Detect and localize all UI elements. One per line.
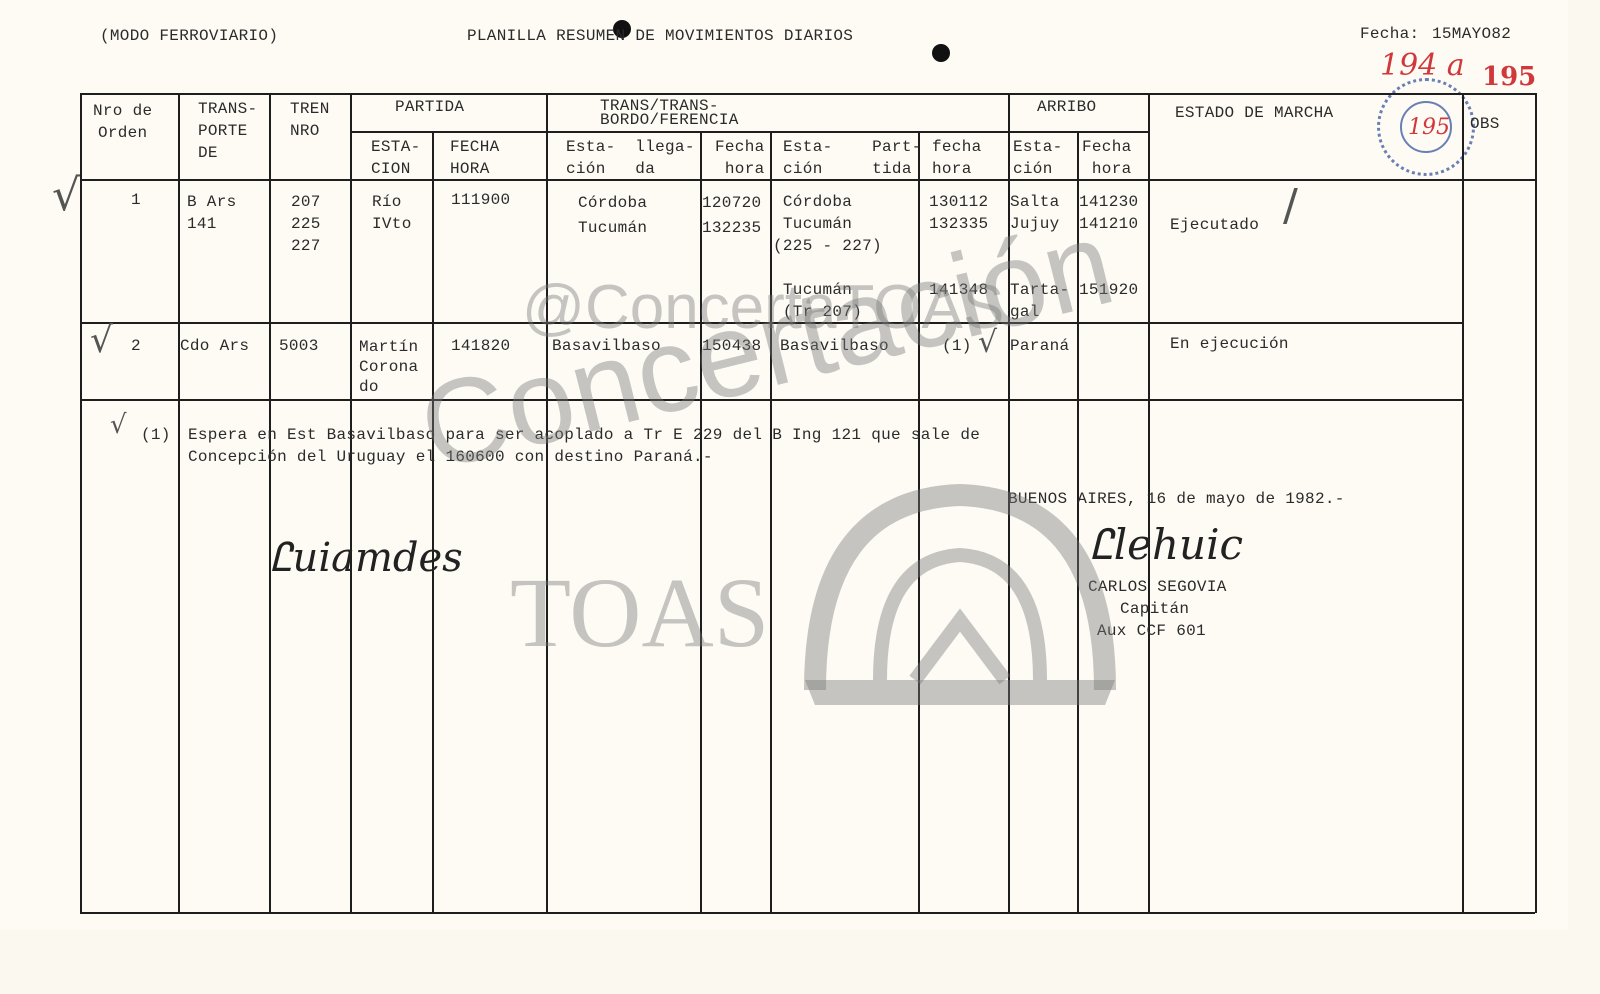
header-tren: TREN NRO [290,98,330,142]
stamp-number: 195 [1408,115,1450,140]
cell-estado: Ejecutado [1170,216,1259,234]
cell-tb-llegada: Córdoba Tucumán [578,191,647,241]
cell-nro: 1 [131,191,141,209]
row-divider [80,322,1463,324]
check-mark-icon: √ [978,325,997,360]
check-mark-icon: √ [52,170,80,221]
col-border [770,131,772,913]
cell-tb-partida: Córdoba Tucumán (225 - 227) Tucumán (Tr … [773,191,882,323]
mode-label: (MODO FERROVIARIO) [100,27,278,45]
check-mark-icon: √ [90,320,113,361]
col-border [178,93,180,913]
signature-left: Ꮭuiamdes [270,535,463,581]
cell-transporte: B Ars 141 [187,191,237,235]
header-tb-estacion-partida: Esta- Part- ción tida [783,136,922,180]
subheader-divider [350,131,1150,133]
col-border [546,93,548,913]
cell-arribo-estacion: Salta Jujuy Tarta- gal [1010,191,1069,323]
row-divider [80,399,1463,401]
col-border [700,131,702,913]
cell-tb-llegada: Basavilbaso [552,337,661,355]
check-mark-icon: √ [110,410,127,440]
cell-partida-fecha: 141820 [451,337,510,355]
cell-arribo-estacion: Paraná [1010,337,1069,355]
cell-partida-fecha: 111900 [451,191,510,209]
header-tb-fecha-1: Fecha hora [715,136,765,180]
cell-tb-fecha-1: 150438 [702,337,761,355]
header-arribo: ARRIBO [1037,98,1096,116]
col-border [1535,93,1537,913]
cell-arribo-fecha: 141230 141210 151920 [1079,191,1138,301]
cell-tren: 5003 [279,337,319,355]
col-border [269,93,271,913]
header-arribo-estacion: Esta- ción [1013,136,1063,180]
col-border [80,93,82,913]
check-mark-icon: / [1283,180,1298,231]
col-border [350,93,352,913]
header-transbordo: TRANS/TRANS- BORDO/FERENCIA [600,99,739,127]
document-page: (MODO FERROVIARIO) PLANILLA RESUMEN DE M… [0,0,1568,930]
header-partida-fecha: FECHA HORA [450,136,500,180]
col-border [1462,93,1464,913]
date-value: 15MAYO82 [1432,25,1511,43]
cell-partida-estacion: Río IVto [372,191,412,235]
cell-estado: En ejecución [1170,335,1289,353]
table-top-border [80,93,1535,95]
cell-partida-estacion: Martín Corona do [359,337,418,397]
header-partida: PARTIDA [395,98,464,116]
cell-tb-fecha-1: 120720 132235 [702,191,761,241]
header-transporte: TRANS- PORTE DE [198,98,257,164]
header-nro-orden: Nro de Orden [93,100,152,144]
table-bottom-border [80,912,1535,914]
header-partida-estacion: ESTA- CION [371,136,421,180]
cell-tren: 207 225 227 [291,191,321,257]
header-tb-estacion-llegada: Esta- llega- ción da [566,136,695,180]
footnote-marker: (1) [141,426,171,444]
cell-tb-partida: Basavilbaso [780,337,889,355]
cell-tb-fecha-2: (1) [942,337,972,355]
document-title: PLANILLA RESUMEN DE MOVIMIENTOS DIARIOS [467,27,853,45]
cell-transporte: Cdo Ars [180,337,249,355]
footnote-line-2: Concepción del Uruguay el 160600 con des… [188,448,713,466]
watermark-toas: TOAS [510,555,769,670]
header-estado: ESTADO DE MARCHA [1175,104,1333,122]
date-label: Fecha: [1360,25,1419,43]
punch-hole [932,44,950,62]
header-obs: OBS [1470,115,1500,133]
cell-nro: 2 [131,337,141,355]
cell-tb-fecha-2: 130112 132335 141348 [929,191,988,301]
header-arribo-fecha: Fecha hora [1082,136,1132,180]
helmet-watermark-icon [785,480,1135,720]
stamped-number: 195 [1482,62,1536,92]
footnote-line-1: Espera en Est Basavilbaso para ser acopl… [188,426,980,444]
col-border [432,131,434,913]
header-tb-fecha-2: fecha hora [932,136,982,180]
